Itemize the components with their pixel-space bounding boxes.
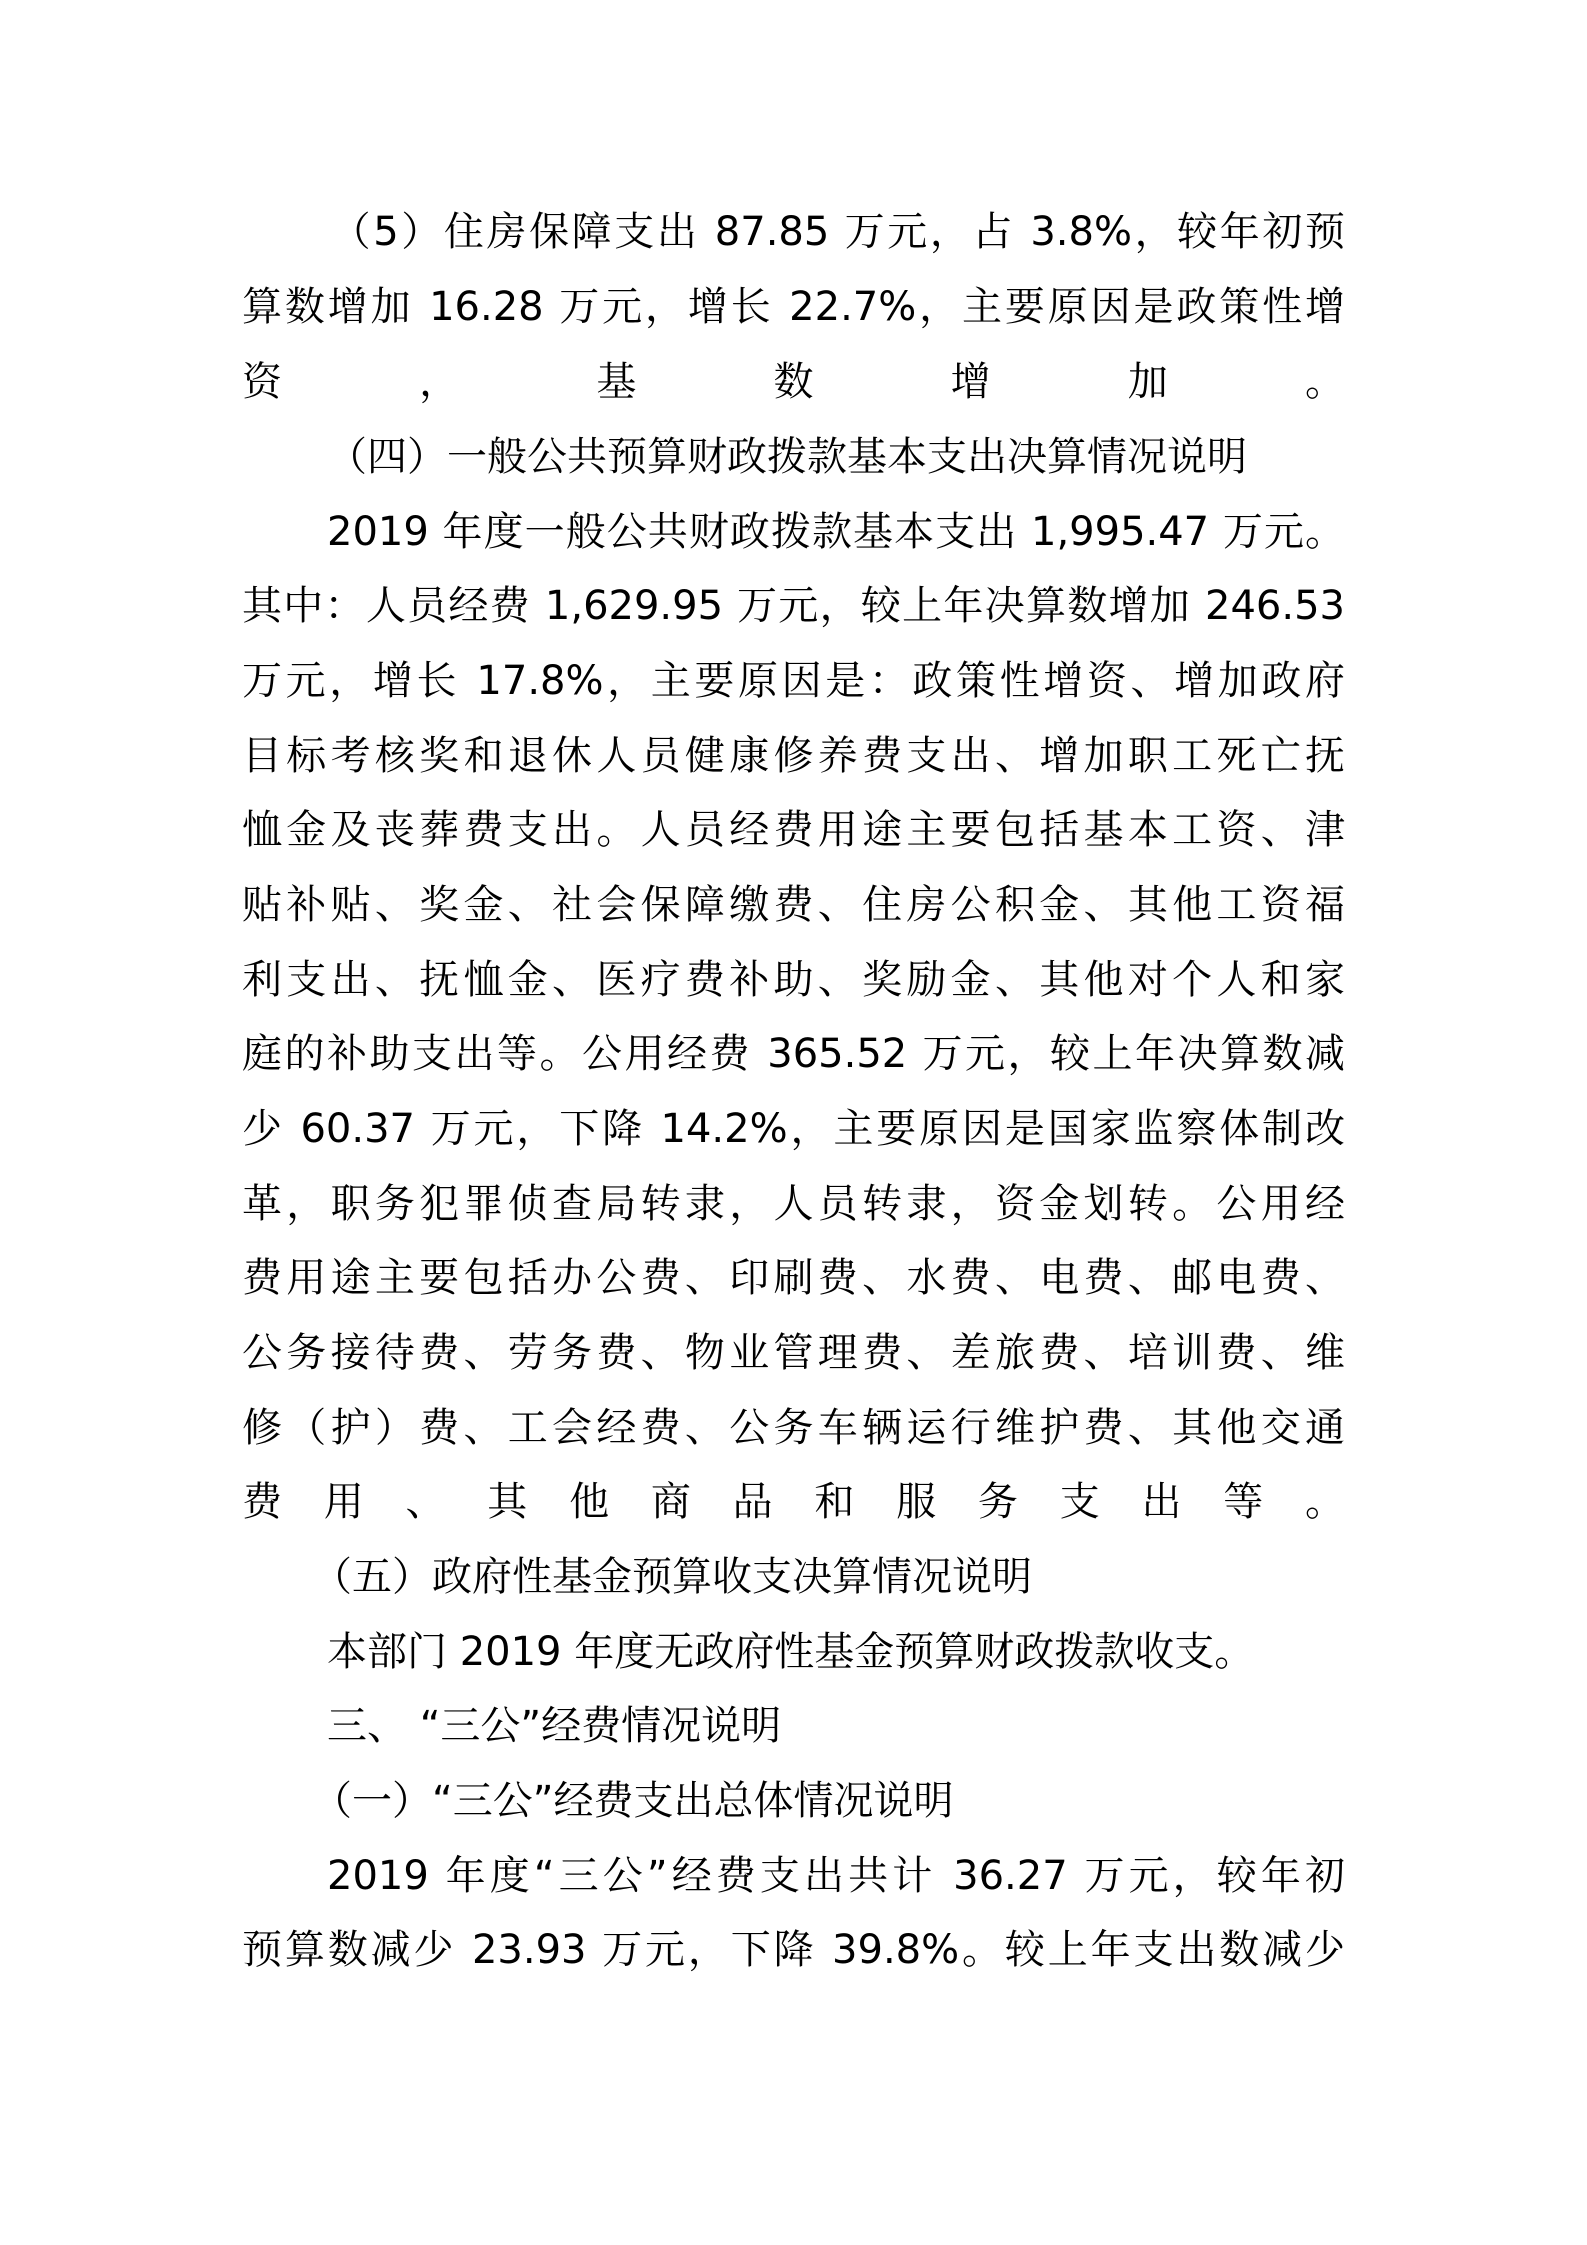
paragraph-housing-line-3: 资，基数增加。	[242, 358, 1345, 406]
paragraph-basic-line-13: 修（护）费、工会经费、公务车辆运行维护费、其他交通	[242, 1404, 1345, 1452]
section-heading-three-1: （一）“三公”经费支出总体情况说明	[312, 1777, 953, 1825]
paragraph-basic-line-4: 目标考核奖和退休人员健康修养费支出、增加职工死亡抚	[242, 732, 1345, 780]
paragraph-basic-line-12: 公务接待费、劳务费、物业管理费、差旅费、培训费、维	[242, 1329, 1345, 1377]
paragraph-basic-line-2: 其中：人员经费 1,629.95 万元，较上年决算数增加 246.53	[242, 582, 1345, 630]
paragraph-basic-line-3: 万元，增长 17.8%，主要原因是：政策性增资、增加政府	[242, 657, 1345, 705]
paragraph-basic-line-5: 恤金及丧葬费支出。人员经费用途主要包括基本工资、津	[242, 806, 1345, 854]
paragraph-basic-line-9: 少 60.37 万元，下降 14.2%，主要原因是国家监察体制改	[242, 1105, 1345, 1153]
document-page: （5）住房保障支出 87.85 万元，占 3.8%，较年初预 算数增加 16.2…	[0, 0, 1587, 2245]
paragraph-housing-line-1: （5）住房保障支出 87.85 万元，占 3.8%，较年初预	[242, 208, 1345, 256]
paragraph-basic-line-1: 2019 年度一般公共财政拨款基本支出 1,995.47 万元。	[327, 508, 1345, 556]
section-heading-4: （四）一般公共预算财政拨款基本支出决算情况说明	[327, 433, 1247, 481]
paragraph-basic-line-14: 费用、其他商品和服务支出等。	[242, 1478, 1345, 1526]
paragraph-basic-line-6: 贴补贴、奖金、社会保障缴费、住房公积金、其他工资福	[242, 881, 1345, 929]
paragraph-gov-fund: 本部门 2019 年度无政府性基金预算财政拨款收支。	[327, 1628, 1254, 1676]
text-line: （5）住房保障支出 87.85 万元，占 3.8%，较年初预	[328, 209, 1345, 255]
paragraph-basic-line-8: 庭的补助支出等。公用经费 365.52 万元，较上年决算数减	[242, 1030, 1345, 1078]
section-heading-5: （五）政府性基金预算收支决算情况说明	[312, 1553, 1032, 1601]
paragraph-basic-line-7: 利支出、抚恤金、医疗费补助、奖励金、其他对个人和家	[242, 956, 1345, 1004]
paragraph-housing-line-2: 算数增加 16.28 万元，增长 22.7%，主要原因是政策性增	[242, 283, 1345, 331]
paragraph-basic-line-10: 革，职务犯罪侦查局转隶，人员转隶，资金划转。公用经	[242, 1180, 1345, 1228]
paragraph-three-public-line-2: 预算数减少 23.93 万元，下降 39.8%。较上年支出数减少	[242, 1926, 1345, 1974]
paragraph-basic-line-11: 费用途主要包括办公费、印刷费、水费、电费、邮电费、	[242, 1254, 1345, 1302]
section-heading-three: 三、 “三公”经费情况说明	[327, 1702, 781, 1750]
paragraph-three-public-line-1: 2019 年度“三公”经费支出共计 36.27 万元，较年初	[327, 1852, 1345, 1900]
